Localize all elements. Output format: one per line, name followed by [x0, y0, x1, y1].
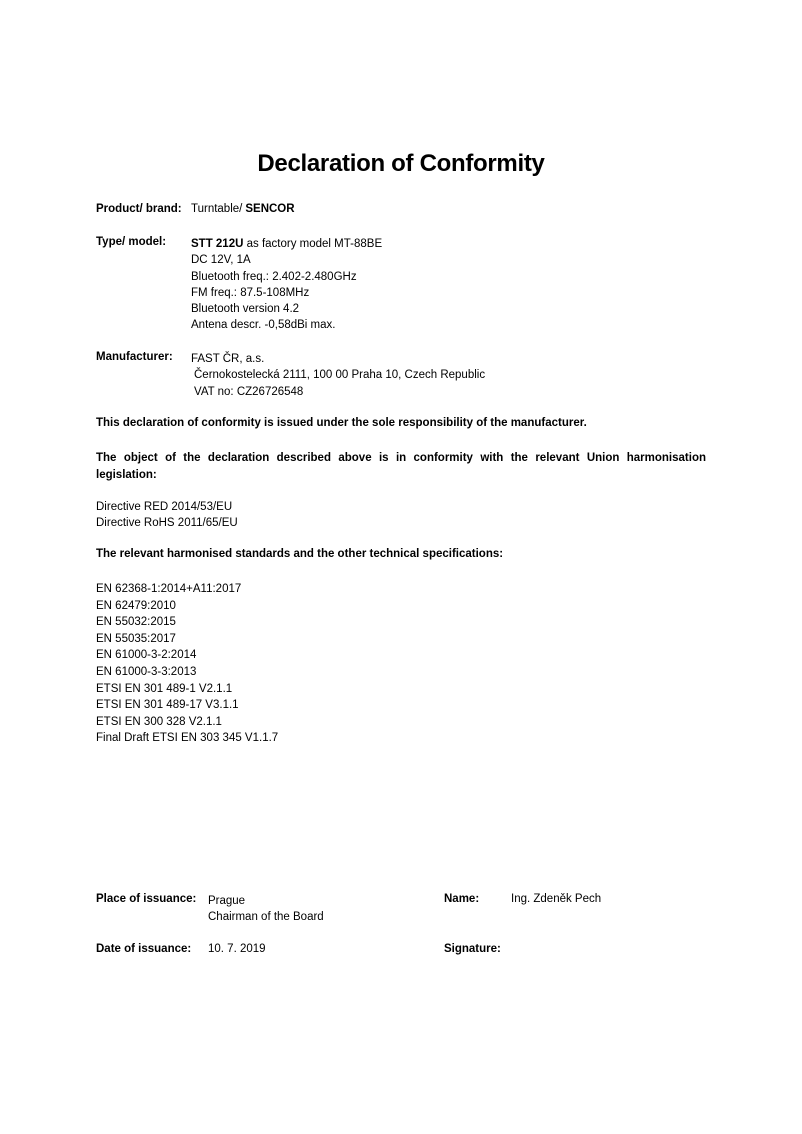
signatory-name: Ing. Zdeněk Pech — [511, 893, 601, 905]
directives-list: Directive RED 2014/53/EU Directive RoHS … — [96, 499, 238, 532]
standard-item: EN 61000-3-2:2014 — [96, 647, 278, 664]
standard-item: EN 61000-3-3:2013 — [96, 664, 278, 681]
standard-item: ETSI EN 301 489-17 V3.1.1 — [96, 697, 278, 714]
spec-bluetooth-freq: Bluetooth freq.: 2.402-2.480GHz — [191, 269, 382, 285]
directive-red: Directive RED 2014/53/EU — [96, 499, 238, 515]
product-type: Turntable/ — [191, 203, 242, 215]
manufacturer-label: Manufacturer: — [96, 351, 173, 363]
standards-list: EN 62368-1:2014+A11:2017 EN 62479:2010 E… — [96, 581, 278, 747]
place-label: Place of issuance: — [96, 893, 196, 905]
date-label: Date of issuance: — [96, 943, 191, 955]
manufacturer-vat: VAT no: CZ26726548 — [194, 384, 485, 400]
spec-antenna: Antena descr. -0,58dBi max. — [191, 317, 382, 333]
manufacturer-value: FAST ČR, a.s. Černokostelecká 2111, 100 … — [191, 351, 485, 400]
signatory-position: Chairman of the Board — [208, 909, 324, 925]
standard-item: EN 55035:2017 — [96, 631, 278, 648]
place-city: Prague — [208, 893, 324, 909]
place-value: Prague Chairman of the Board — [208, 893, 324, 926]
factory-model: as factory model MT-88BE — [243, 238, 382, 250]
signature-label: Signature: — [444, 943, 501, 955]
product-label: Product/ brand: — [96, 203, 182, 215]
standard-item: EN 62479:2010 — [96, 598, 278, 615]
date-value: 10. 7. 2019 — [208, 943, 266, 955]
type-model-value: STT 212U as factory model MT-88BE DC 12V… — [191, 236, 382, 334]
standard-item: ETSI EN 301 489-1 V2.1.1 — [96, 681, 278, 698]
standards-heading: The relevant harmonised standards and th… — [96, 548, 503, 560]
conformity-statement: The object of the declaration described … — [96, 450, 706, 483]
standard-item: EN 62368-1:2014+A11:2017 — [96, 581, 278, 598]
manufacturer-name: FAST ČR, a.s. — [191, 351, 485, 367]
manufacturer-address: Černokostelecká 2111, 100 00 Praha 10, C… — [194, 367, 485, 383]
directive-rohs: Directive RoHS 2011/65/EU — [96, 515, 238, 531]
spec-fm-freq: FM freq.: 87.5-108MHz — [191, 285, 382, 301]
standard-item: EN 55032:2015 — [96, 614, 278, 631]
responsibility-statement: This declaration of conformity is issued… — [96, 417, 587, 429]
brand-name: SENCOR — [245, 203, 294, 215]
standard-item: ETSI EN 300 328 V2.1.1 — [96, 714, 278, 731]
standard-item: Final Draft ETSI EN 303 345 V1.1.7 — [96, 730, 278, 747]
spec-power: DC 12V, 1A — [191, 252, 382, 268]
model-line: STT 212U as factory model MT-88BE — [191, 236, 382, 252]
spec-bluetooth-version: Bluetooth version 4.2 — [191, 301, 382, 317]
type-model-label: Type/ model: — [96, 236, 166, 248]
product-value: Turntable/SENCOR — [191, 203, 295, 215]
model-number: STT 212U — [191, 238, 243, 250]
name-label: Name: — [444, 893, 479, 905]
document-title: Declaration of Conformity — [0, 150, 802, 178]
